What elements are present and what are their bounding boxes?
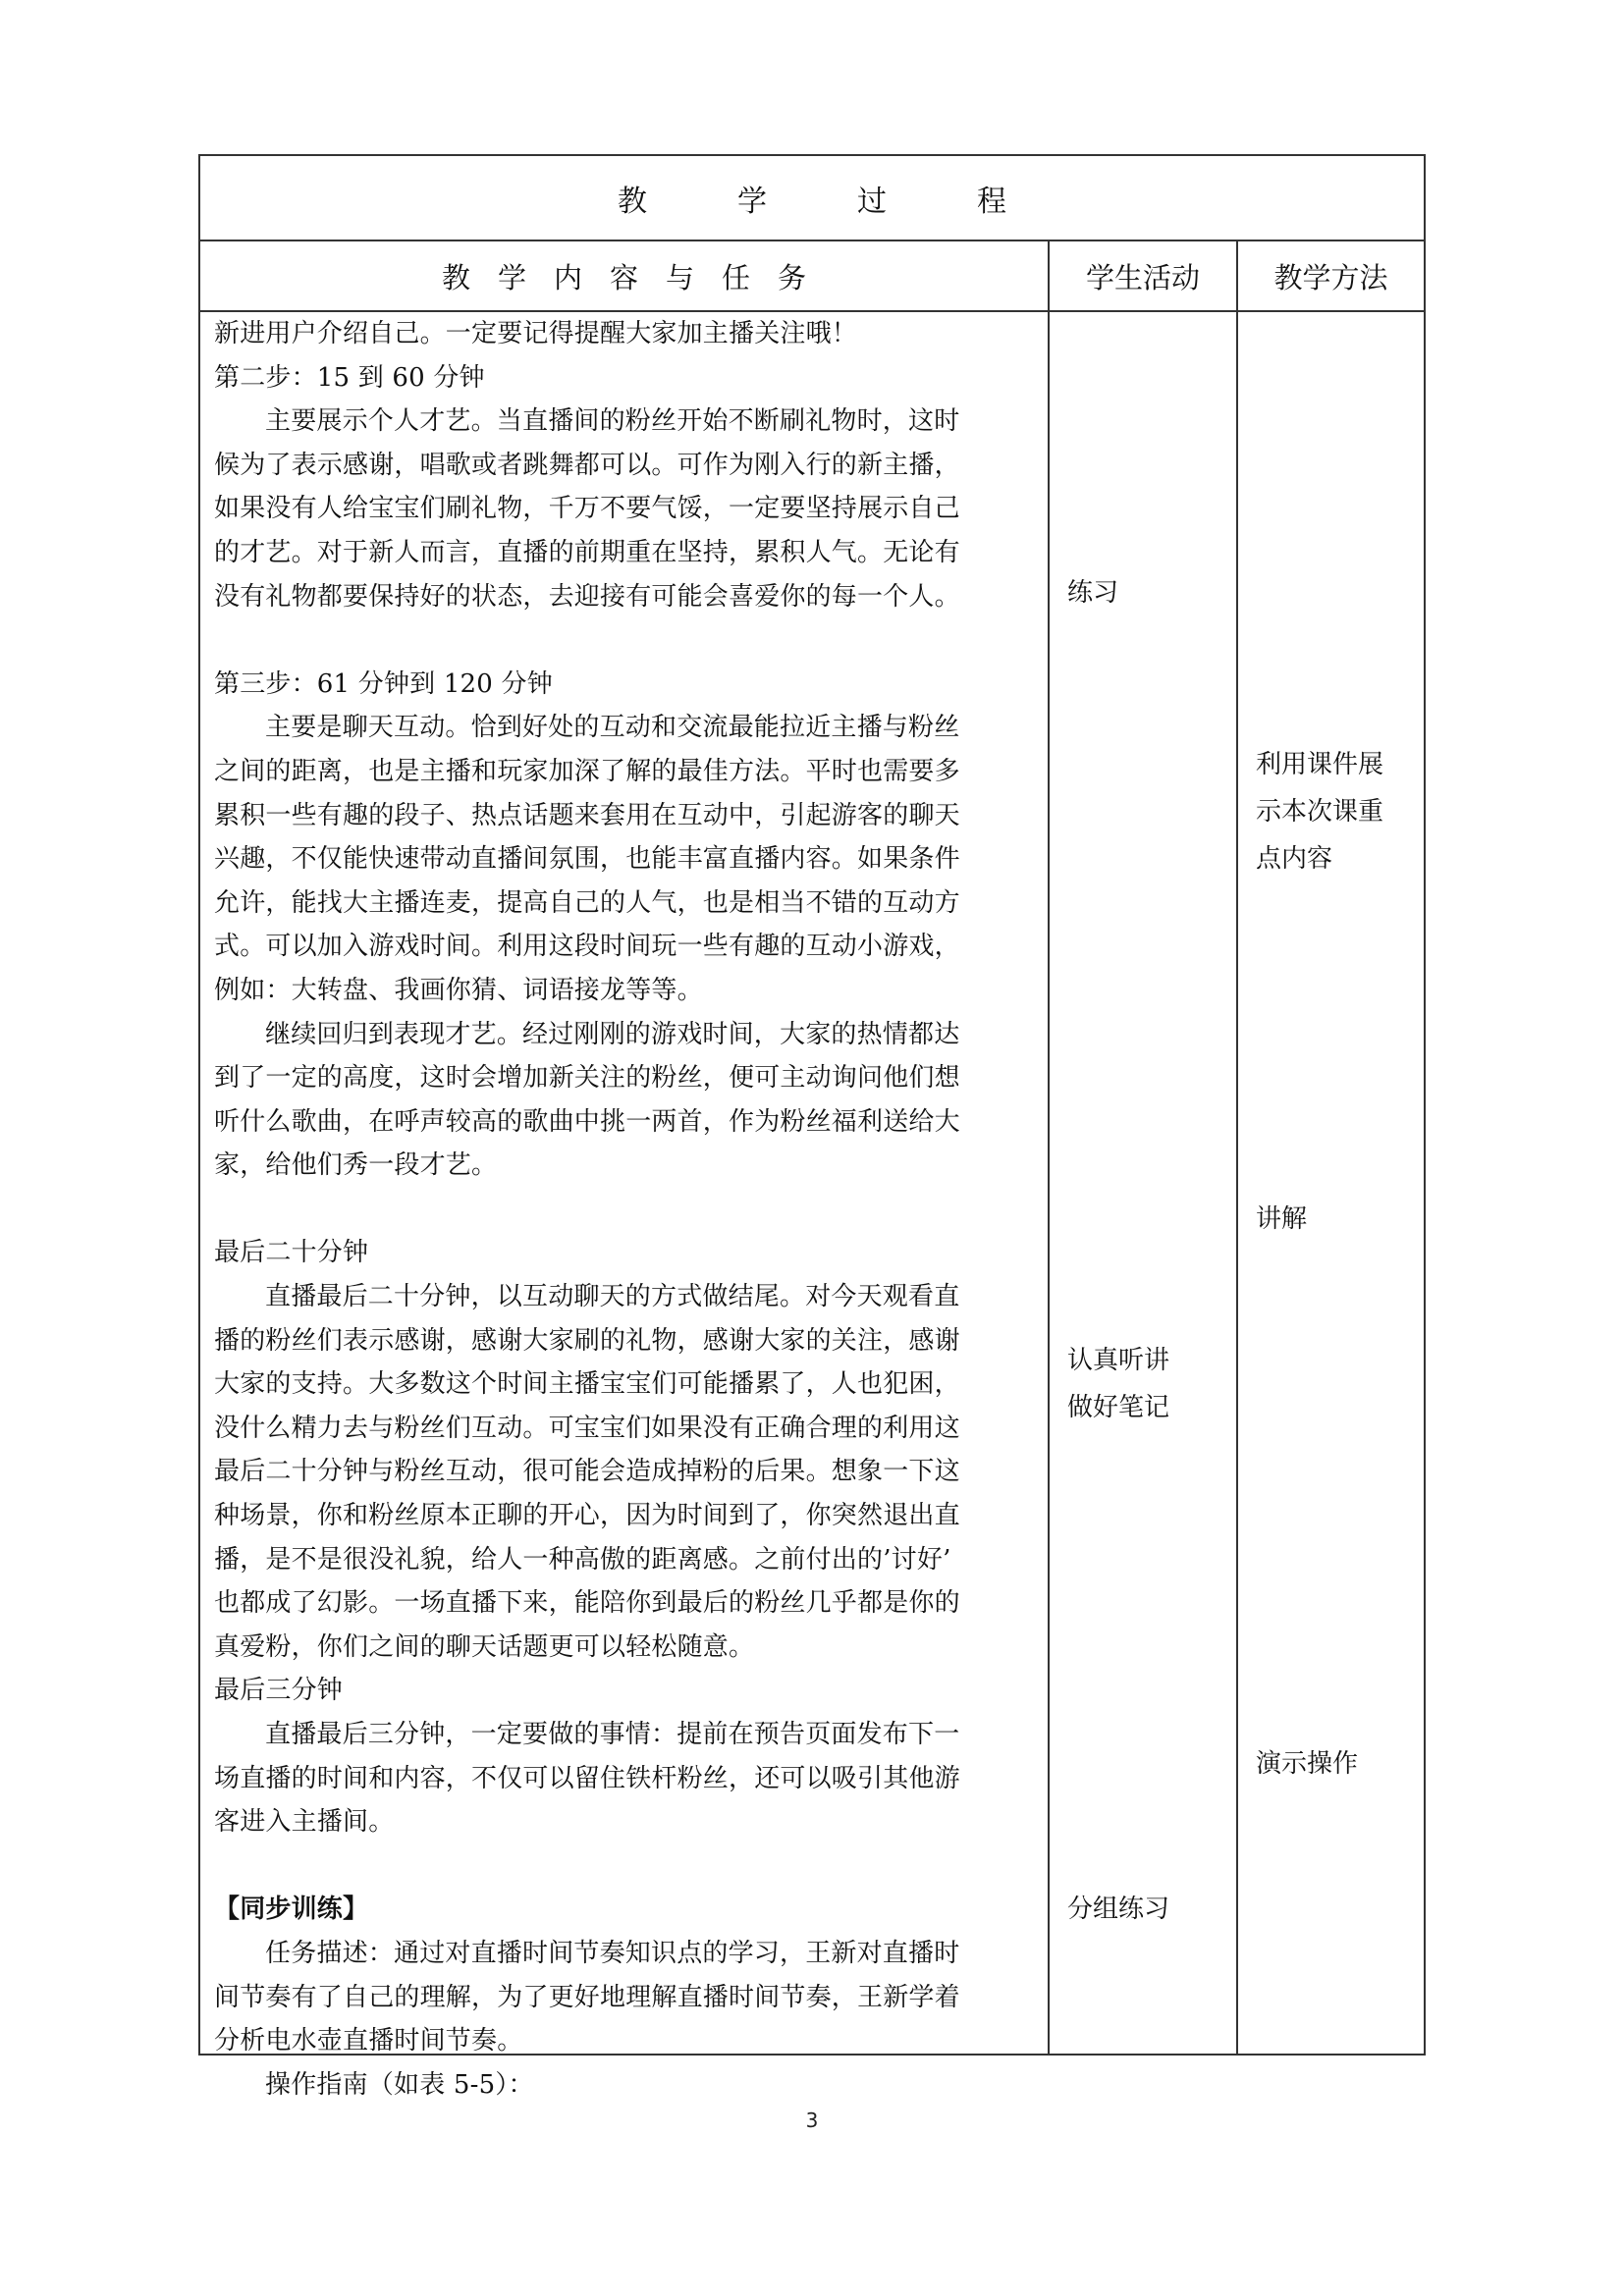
- content-line: 式。可以加入游戏时间。利用这段时间玩一些有趣的互动小游戏，: [214, 925, 1034, 969]
- content-line: 到了一定的高度，这时会增加新关注的粉丝，便可主动询问他们想: [214, 1056, 1034, 1100]
- content-line: 种场景，你和粉丝原本正聊的开心，因为时间到了，你突然退出直: [214, 1494, 1034, 1538]
- blank-line: [214, 1844, 1034, 1889]
- header-content-char: 任: [722, 256, 750, 296]
- title-char: 教: [618, 177, 647, 220]
- content-line: 累积一些有趣的段子、热点话题来套用在互动中，引起游客的聊天: [214, 794, 1034, 838]
- content-line: 没有礼物都要保持好的状态，去迎接有可能会喜爱你的每一个人。: [214, 575, 1034, 619]
- content-line: 兴趣，不仅能快速带动直播间氛围，也能丰富直播内容。如果条件: [214, 837, 1034, 881]
- content-line: 最后二十分钟: [214, 1231, 1034, 1275]
- content-line: 家，给他们秀一段才艺。: [214, 1144, 1034, 1188]
- content-line: 第二步：15 到 60 分钟: [214, 356, 1034, 400]
- student-activity-entry-line: 练习: [1067, 569, 1118, 616]
- content-line: 最后二十分钟与粉丝互动，很可能会造成掉粉的后果。想象一下这: [214, 1450, 1034, 1494]
- content-line: 候为了表示感谢，唱歌或者跳舞都可以。可作为刚入行的新主播，: [214, 444, 1034, 488]
- content-line: 播的粉丝们表示感谢，感谢大家刷的礼物，感谢大家的关注，感谢: [214, 1319, 1034, 1363]
- teaching-method-entry: 利用课件展示本次课重点内容: [1256, 741, 1383, 882]
- teaching-method-entry-line: 讲解: [1256, 1196, 1307, 1243]
- content-line: 直播最后三分钟，一定要做的事情：提前在预告页面发布下一: [214, 1713, 1034, 1757]
- content-line: 真爱粉，你们之间的聊天话题更可以轻松随意。: [214, 1626, 1034, 1670]
- content-line: 播，是不是很没礼貌，给人一种高傲的距离感。之前付出的’讨好’: [214, 1538, 1034, 1582]
- content-line: 第三步：61 分钟到 120 分钟: [214, 663, 1034, 707]
- content-line: 操作指南（如表 5-5）：: [214, 2063, 1034, 2108]
- content-line: 主要展示个人才艺。当直播间的粉丝开始不断刷礼物时，这时: [214, 400, 1034, 444]
- teaching-method-entry-line: 利用课件展: [1256, 741, 1383, 788]
- header-content-char: 教: [442, 256, 470, 296]
- header-content-char: 与: [666, 256, 694, 296]
- content-line: 听什么歌曲，在呼声较高的歌曲中挑一两首，作为粉丝福利送给大: [214, 1100, 1034, 1145]
- content-line: 如果没有人给宝宝们刷礼物，千万不要气馁，一定要坚持展示自己: [214, 487, 1034, 531]
- document-page: 教学过程 教学内容与任务 学生活动 教学方法 新进用户介绍自己。一定要记得提醒大…: [0, 0, 1624, 2296]
- content-line: 例如：大转盘、我画你猜、词语接龙等等。: [214, 969, 1034, 1013]
- student-activity-entry: 认真听讲做好笔记: [1067, 1337, 1169, 1431]
- table-title: 教学过程: [200, 156, 1424, 241]
- teaching-process-table: 教学过程 教学内容与任务 学生活动 教学方法 新进用户介绍自己。一定要记得提醒大…: [198, 154, 1426, 2056]
- content-line: 允许，能找大主播连麦，提高自己的人气，也是相当不错的互动方: [214, 881, 1034, 926]
- page-number: 3: [0, 2109, 1624, 2132]
- content-line: 继续回归到表现才艺。经过刚刚的游戏时间，大家的热情都达: [214, 1013, 1034, 1057]
- teaching-method-entry-line: 点内容: [1256, 835, 1383, 882]
- content-line: 直播最后二十分钟，以互动聊天的方式做结尾。对今天观看直: [214, 1275, 1034, 1319]
- student-activity-entry-line: 分组练习: [1067, 1886, 1169, 1933]
- student-activity-entry-line: 认真听讲: [1067, 1337, 1169, 1384]
- student-activity-entry-line: 做好笔记: [1067, 1384, 1169, 1431]
- content-line: 之间的距离，也是主播和玩家加深了解的最佳方法。平时也需要多: [214, 750, 1034, 794]
- table-body-row: 新进用户介绍自己。一定要记得提醒大家加主播关注哦！第二步：15 到 60 分钟主…: [200, 312, 1424, 2054]
- teaching-method-entry: 演示操作: [1256, 1740, 1358, 1788]
- content-line: 场直播的时间和内容，不仅可以留住铁杆粉丝，还可以吸引其他游: [214, 1757, 1034, 1801]
- content-line: 最后三分钟: [214, 1669, 1034, 1713]
- content-line: 的才艺。对于新人而言，直播的前期重在坚持，累积人气。无论有: [214, 531, 1034, 575]
- header-content-char: 学: [498, 256, 526, 296]
- header-content-tasks: 教学内容与任务: [200, 241, 1050, 310]
- table-header-row: 教学内容与任务 学生活动 教学方法: [200, 241, 1424, 312]
- header-teaching-method: 教学方法: [1238, 241, 1424, 310]
- section-heading: 【同步训练】: [214, 1888, 1034, 1932]
- content-line: 主要是聊天互动。恰到好处的互动和交流最能拉近主播与粉丝: [214, 706, 1034, 750]
- teaching-method-column: 利用课件展示本次课重点内容讲解演示操作: [1238, 312, 1424, 2054]
- header-content-char: 内: [554, 256, 582, 296]
- content-line: 客进入主播间。: [214, 1800, 1034, 1844]
- blank-line: [214, 618, 1034, 663]
- header-content-char: 容: [610, 256, 638, 296]
- content-line: 任务描述：通过对直播时间节奏知识点的学习，王新对直播时: [214, 1932, 1034, 1976]
- content-line: 新进用户介绍自己。一定要记得提醒大家加主播关注哦！: [214, 312, 1034, 356]
- teaching-method-entry-line: 演示操作: [1256, 1740, 1358, 1788]
- content-line: 没什么精力去与粉丝们互动。可宝宝们如果没有正确合理的利用这: [214, 1407, 1034, 1451]
- header-content-char: 务: [778, 256, 806, 296]
- header-student-activity: 学生活动: [1050, 241, 1238, 310]
- content-line: 也都成了幻影。一场直播下来，能陪你到最后的粉丝几乎都是你的: [214, 1581, 1034, 1626]
- title-char: 学: [737, 177, 767, 220]
- title-char: 过: [857, 177, 887, 220]
- student-activity-column: 练习认真听讲做好笔记分组练习: [1050, 312, 1238, 2054]
- teaching-method-entry: 讲解: [1256, 1196, 1307, 1243]
- student-activity-entry: 练习: [1067, 569, 1118, 616]
- content-line: 间节奏有了自己的理解，为了更好地理解直播时间节奏，王新学着: [214, 1976, 1034, 2020]
- teaching-method-entry-line: 示本次课重: [1256, 788, 1383, 835]
- content-line: 大家的支持。大多数这个时间主播宝宝们可能播累了，人也犯困，: [214, 1362, 1034, 1407]
- title-char: 程: [977, 177, 1006, 220]
- student-activity-entry: 分组练习: [1067, 1886, 1169, 1933]
- content-column: 新进用户介绍自己。一定要记得提醒大家加主播关注哦！第二步：15 到 60 分钟主…: [200, 312, 1050, 2054]
- blank-line: [214, 1188, 1034, 1232]
- content-line: 分析电水壶直播时间节奏。: [214, 2019, 1034, 2063]
